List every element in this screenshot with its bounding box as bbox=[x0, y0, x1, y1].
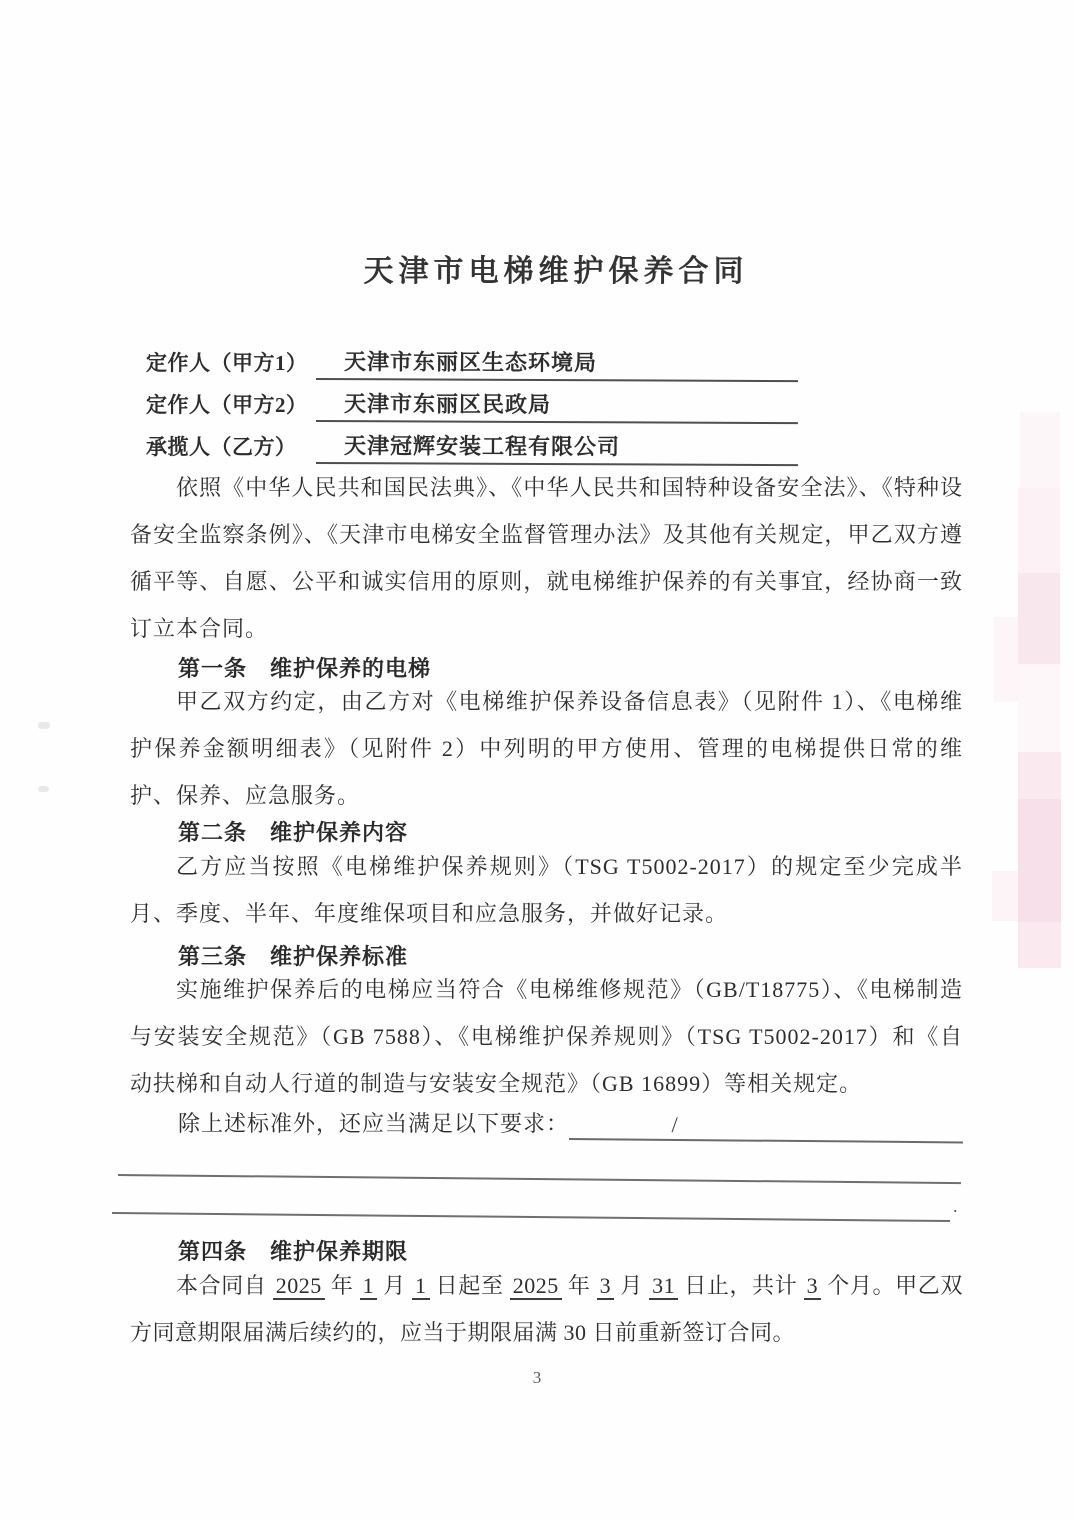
article-4-body: 本合同自 2025 年 1 月 1 日起至 2025 年 3 月 31 日止，共… bbox=[130, 1262, 963, 1356]
article-1-body: 甲乙双方约定，由乙方对《电梯维护保养设备信息表》（见附件 1）、《电梯维护保养金… bbox=[130, 678, 963, 819]
blank-rule-line-1 bbox=[118, 1150, 961, 1184]
text-run: 年 bbox=[562, 1273, 597, 1298]
slash-fill-mark: / bbox=[671, 1112, 677, 1138]
scan-artifact-pink-band bbox=[1018, 664, 1060, 752]
filled-date-value: 1 bbox=[412, 1273, 430, 1300]
page-number: 3 bbox=[0, 1368, 1074, 1388]
scan-artifact-pink-band bbox=[994, 617, 1018, 702]
party-value-filled-field: 天津市东丽区民政局 bbox=[316, 387, 798, 424]
party-value-filled-field: 天津冠辉安装工程有限公司 bbox=[316, 429, 798, 466]
filled-date-value: 3 bbox=[804, 1273, 822, 1300]
blank-field-line: / bbox=[569, 1108, 963, 1143]
parties-block: 定作人（甲方1） 天津市东丽区生态环境局 定作人（甲方2） 天津市东丽区民政局 … bbox=[146, 347, 802, 473]
preamble-paragraph: 依照《中华人民共和国民法典》、《中华人民共和国特种设备安全法》、《特种设备安全监… bbox=[130, 464, 963, 652]
filled-date-value: 2025 bbox=[273, 1273, 325, 1300]
party-row-contractor: 承揽人（乙方） 天津冠辉安装工程有限公司 bbox=[146, 431, 802, 464]
scan-artifact-pink-band bbox=[992, 871, 1018, 921]
contract-page: 天津市电梯维护保养合同 定作人（甲方1） 天津市东丽区生态环境局 定作人（甲方2… bbox=[0, 0, 1074, 1520]
article-2-body: 乙方应当按照《电梯维护保养规则》（TSG T5002-2017）的规定至少完成半… bbox=[130, 843, 963, 937]
scan-artifact-pink-band bbox=[1018, 573, 1060, 664]
blank-rule-line-2 bbox=[112, 1188, 950, 1222]
page-title: 天津市电梯维护保养合同 bbox=[0, 246, 1074, 290]
additional-requirements-label: 除上述标准外，还应当满足以下要求： bbox=[178, 1107, 569, 1140]
filled-date-value: 3 bbox=[597, 1273, 615, 1300]
scan-edge-mark bbox=[38, 722, 50, 729]
text-run: 日止，共计 bbox=[678, 1273, 803, 1298]
scan-artifact-pink-band bbox=[1018, 752, 1061, 799]
filled-date-value: 2025 bbox=[510, 1273, 562, 1300]
scan-artifact-pink-band bbox=[1020, 412, 1060, 488]
scan-artifact-pink-band bbox=[1018, 922, 1061, 968]
article-3-body: 实施维护保养后的电梯应当符合《电梯维修规范》（GB/T18775）、《电梯制造与… bbox=[130, 966, 963, 1107]
text-run: 日起至 bbox=[430, 1273, 510, 1298]
party-row-owner-1: 定作人（甲方1） 天津市东丽区生态环境局 bbox=[146, 347, 802, 380]
scan-artifact-pink-band bbox=[1018, 488, 1060, 573]
text-run: 本合同自 bbox=[176, 1273, 273, 1298]
party-label: 承揽人（乙方） bbox=[146, 431, 316, 464]
party-value-filled-field: 天津市东丽区生态环境局 bbox=[316, 345, 798, 382]
party-label: 定作人（甲方2） bbox=[146, 389, 316, 422]
additional-requirements-row: 除上述标准外，还应当满足以下要求： / bbox=[130, 1106, 963, 1140]
text-run: 月 bbox=[614, 1273, 649, 1298]
stray-period-mark: . bbox=[953, 1196, 958, 1217]
filled-date-value: 1 bbox=[360, 1273, 378, 1300]
text-run: 年 bbox=[325, 1273, 360, 1298]
party-label: 定作人（甲方1） bbox=[146, 347, 316, 380]
scan-edge-mark bbox=[38, 786, 49, 792]
party-row-owner-2: 定作人（甲方2） 天津市东丽区民政局 bbox=[146, 389, 802, 422]
scan-artifact-pink-band bbox=[1018, 799, 1061, 922]
filled-date-value: 31 bbox=[649, 1273, 678, 1300]
text-run: 月 bbox=[377, 1273, 412, 1298]
